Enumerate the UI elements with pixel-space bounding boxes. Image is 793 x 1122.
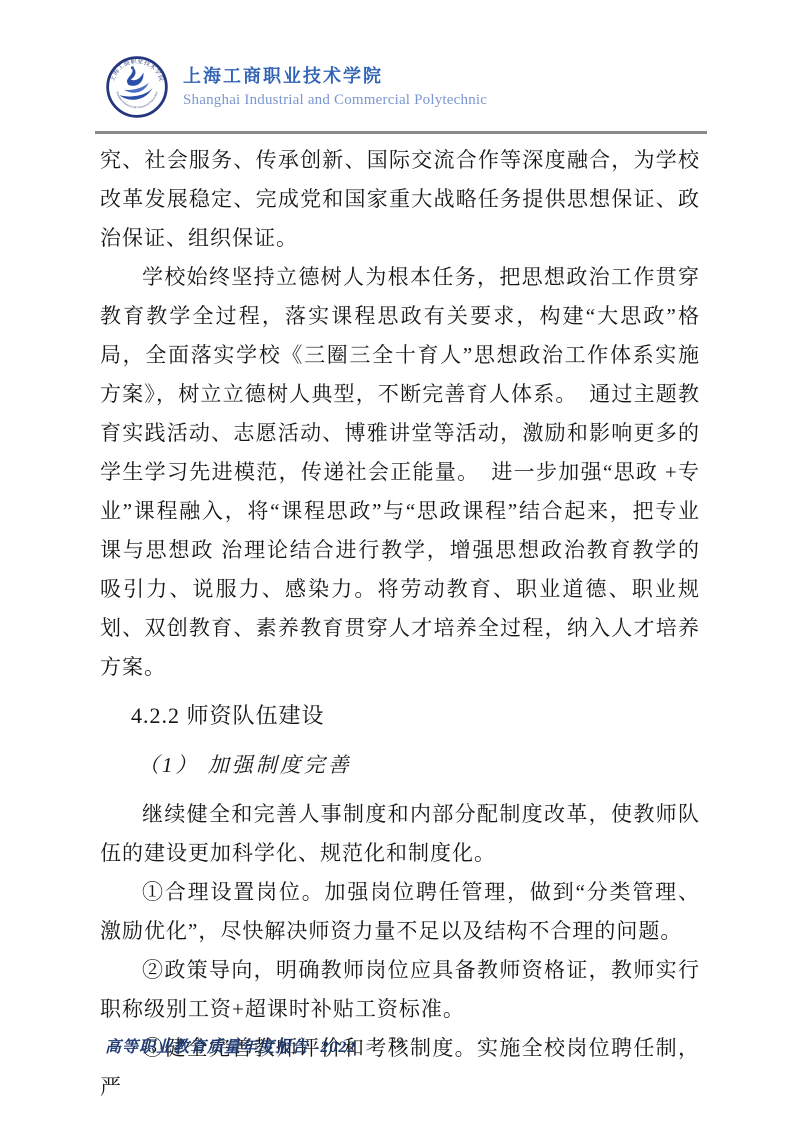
section-heading-4-2-2: 4.2.2 师资队伍建设 <box>131 693 700 739</box>
paragraph-continuation: 究、社会服务、传承创新、国际交流合作等深度融合，为学校改革发展稳定、完成党和国家… <box>100 141 700 258</box>
header-divider-rule <box>95 131 707 134</box>
school-name-chinese: 上海工商职业技术学院 <box>183 64 487 88</box>
paragraph-item-1-posts: ①合理设置岗位。加强岗位聘任管理，做到“分类管理、激励优化”，尽快解决师资力量不… <box>100 873 700 951</box>
page-header: 上海工商职业技术学院 Shanghai Industrial and Comme… <box>104 54 487 120</box>
school-name-english: Shanghai Industrial and Commercial Polyt… <box>183 90 487 110</box>
paragraph-personnel-system: 继续健全和完善人事制度和内部分配制度改革，使教师队伍的建设更加科学化、规范化和制… <box>100 795 700 873</box>
document-page: 上海工商职业技术学院 Shanghai Industrial and Comme… <box>0 0 793 1122</box>
school-seal-logo: 上海工商职业技术学院 Shanghai Industrial and Comme… <box>104 54 170 120</box>
paragraph-ideological-education: 学校始终坚持立德树人为根本任务，把思想政治工作贯穿教育教学全过程，落实课程思政有… <box>100 258 700 687</box>
page-body: 究、社会服务、传承创新、国际交流合作等深度融合，为学校改革发展稳定、完成党和国家… <box>100 141 700 1107</box>
header-titles: 上海工商职业技术学院 Shanghai Industrial and Comme… <box>183 64 487 110</box>
paragraph-item-2-policy: ②政策导向，明确教师岗位应具备教师资格证，教师实行职称级别工资+超课时补贴工资标… <box>100 951 700 1029</box>
page-number: 79 <box>0 1035 793 1052</box>
subsection-heading-1: （1） 加强制度完善 <box>138 739 700 791</box>
